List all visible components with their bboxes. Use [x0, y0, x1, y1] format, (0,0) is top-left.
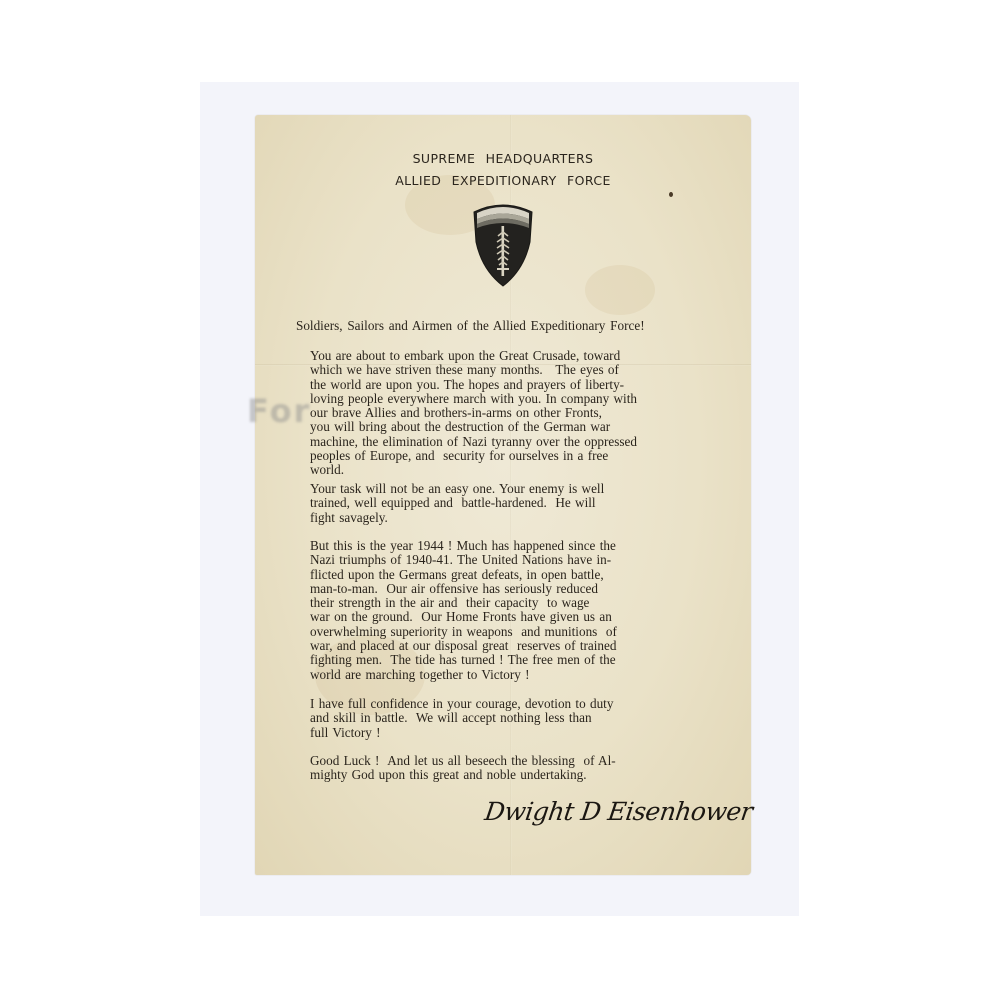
header-supreme-headquarters: SUPREME HEADQUARTERS	[255, 151, 751, 166]
paragraph-5: Good Luck ! And let us all beseech the b…	[310, 754, 616, 783]
ink-speck	[669, 192, 673, 197]
paper-stain	[585, 265, 655, 315]
paragraph-1: You are about to embark upon the Great C…	[310, 349, 637, 478]
watermark: For	[247, 392, 311, 430]
signature: Dwight D Eisenhower	[483, 797, 754, 826]
paragraph-4: I have full confidence in your courage, …	[310, 697, 613, 740]
header-allied-expeditionary-force: ALLIED EXPEDITIONARY FORCE	[255, 173, 751, 188]
shaef-shield-icon	[472, 202, 534, 288]
letter-paper: SUPREME HEADQUARTERS ALLIED EXPEDITIONAR…	[255, 115, 751, 875]
paragraph-2: Your task will not be an easy one. Your …	[310, 482, 604, 525]
salutation: Soldiers, Sailors and Airmen of the Alli…	[296, 318, 645, 334]
paragraph-3: But this is the year 1944 ! Much has hap…	[310, 539, 617, 682]
